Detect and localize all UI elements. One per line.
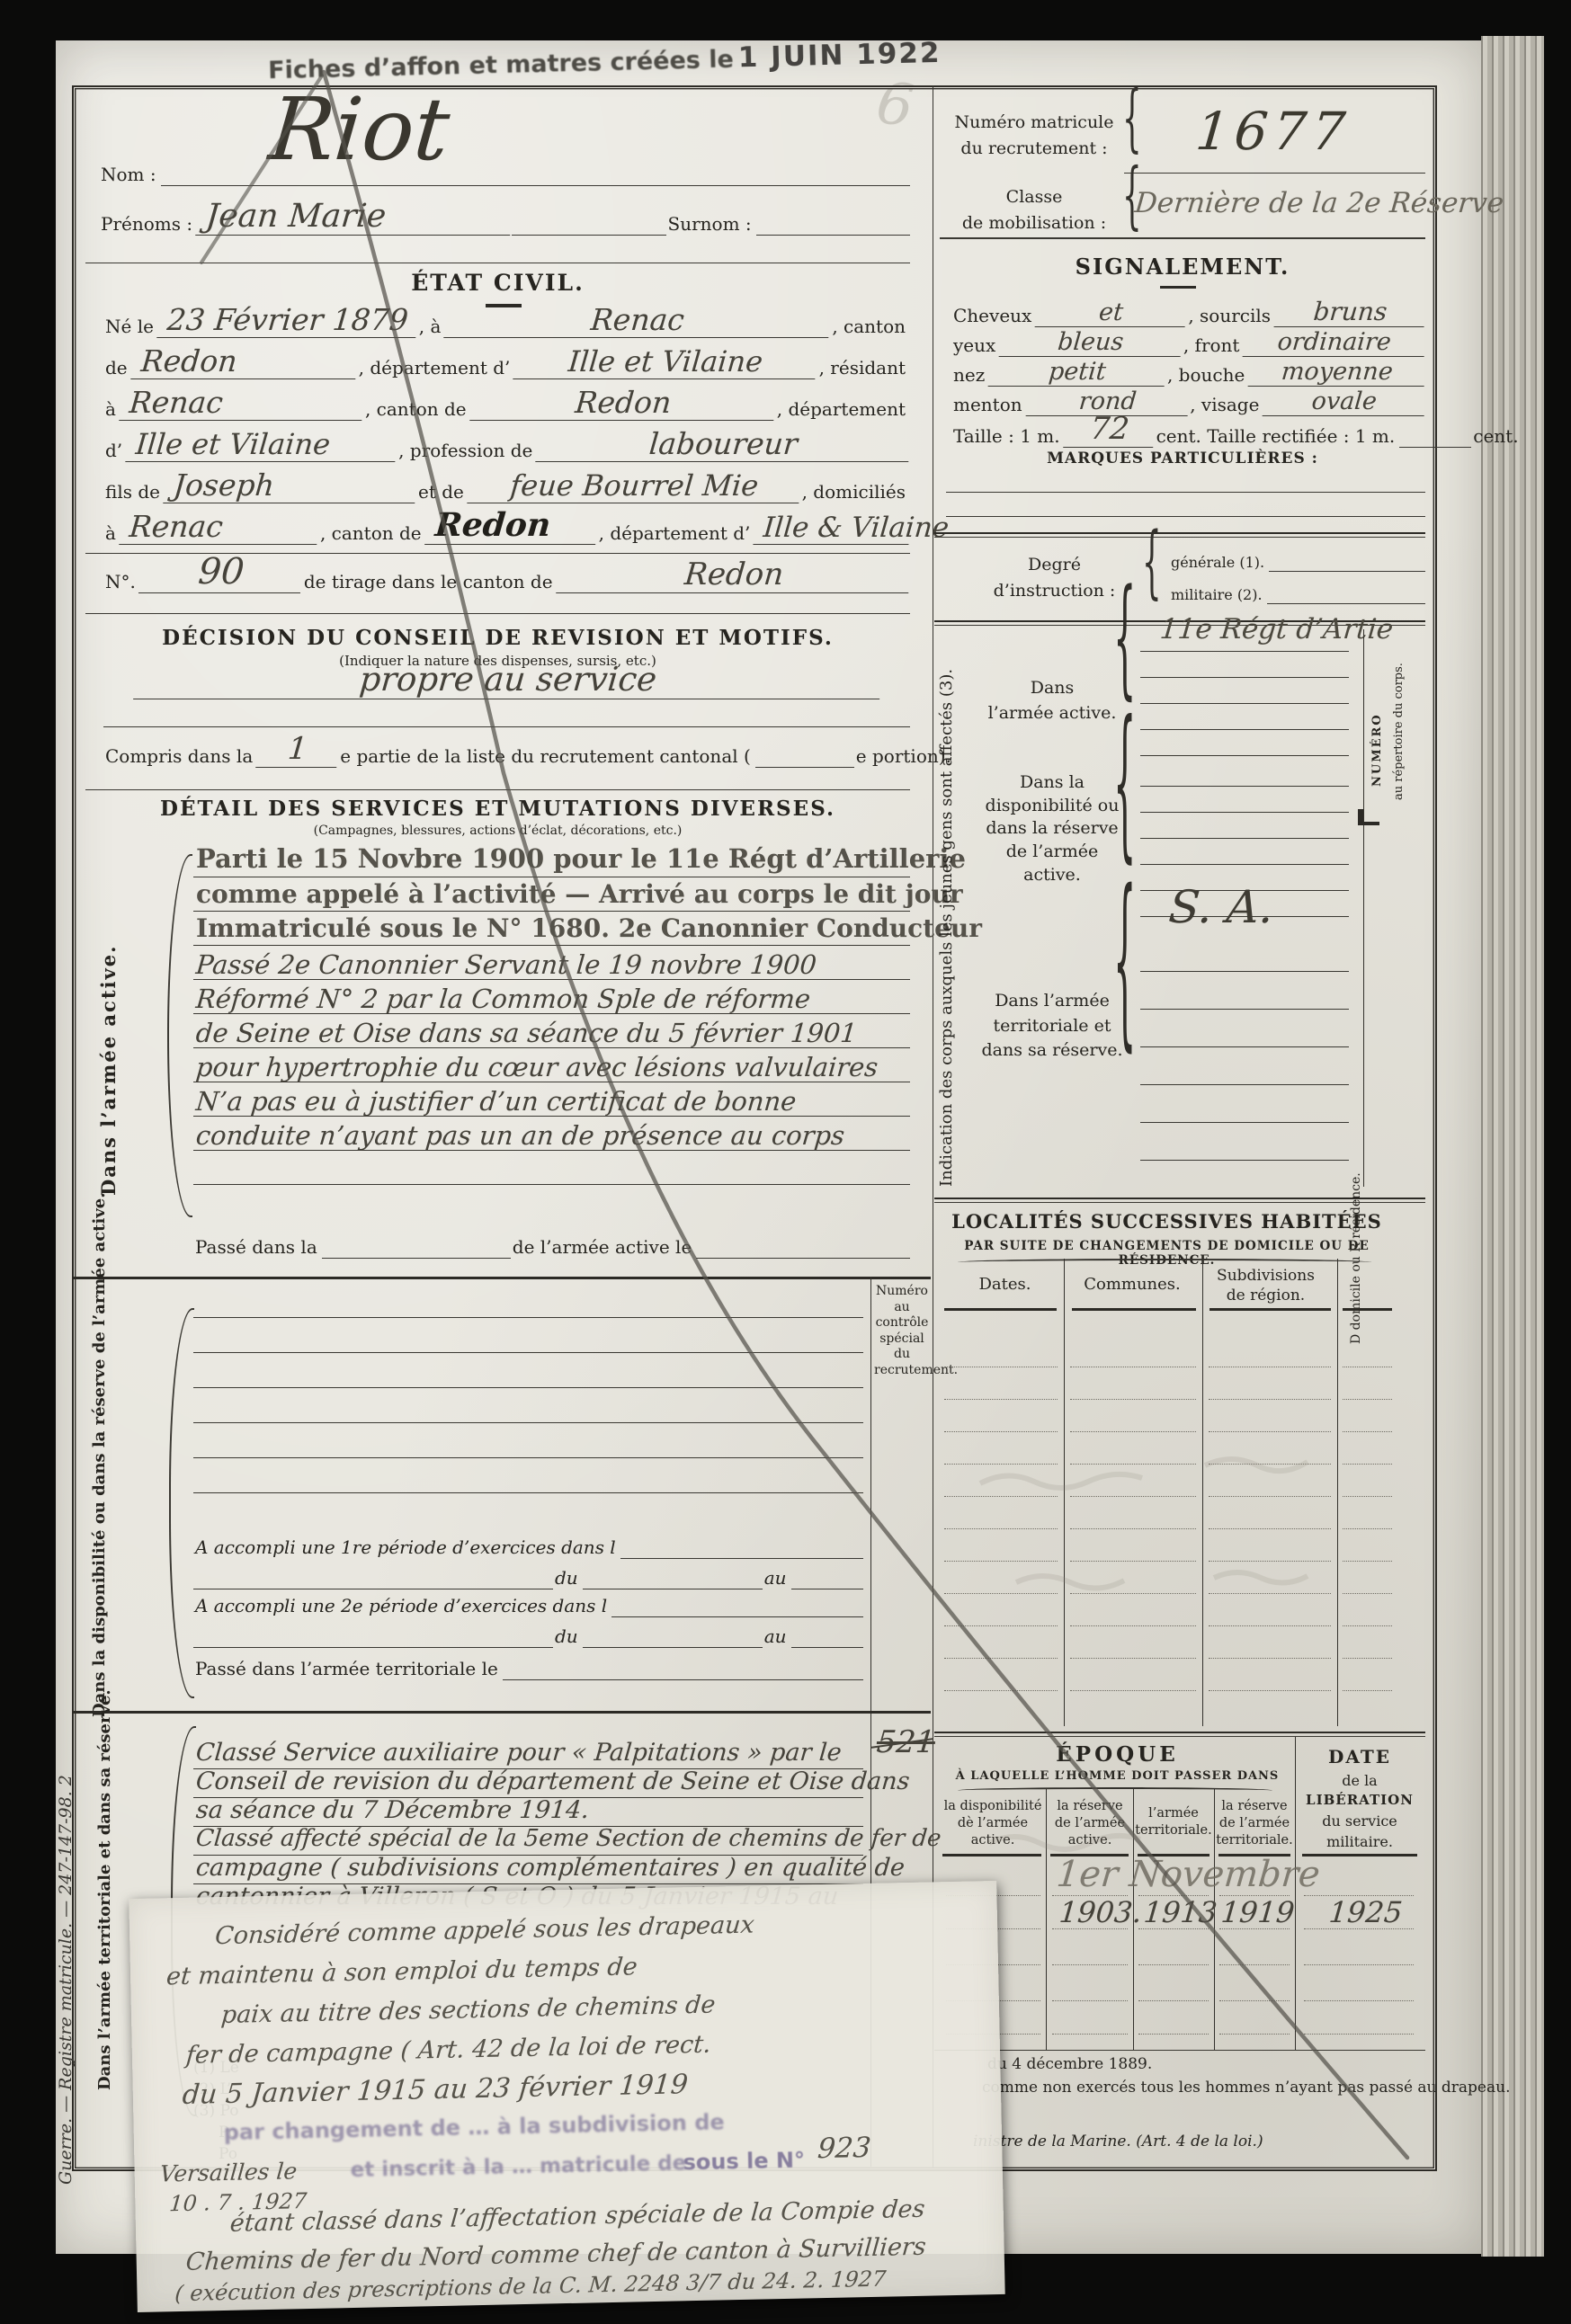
classe-line: campagne ( subdivisions complémentaires … [195, 1854, 906, 1882]
corps-active-value: 11e Régt d’Artie [1158, 613, 1394, 646]
ec-r3b: , canton de [363, 398, 471, 421]
ec-r6b: , canton de [318, 522, 426, 545]
passe-territoriale-row: Passé dans l’armée territoriale le [193, 1650, 863, 1680]
ec-r5a: fils de [103, 481, 165, 503]
periode2-dates: du au [193, 1618, 863, 1648]
dispo-margin-label: Dans la disponibilité ou dans la réserve… [90, 1295, 131, 1717]
corps-margin-label: Indication des corps auxquels les jeunes… [937, 629, 956, 1187]
tirage-label2: de tirage dans le canton de [302, 571, 558, 593]
instruction-brace: { [1142, 516, 1162, 610]
ec-row2: de Redon , département d’ Ille et Vilain… [103, 338, 910, 379]
localites-sep2 [1202, 1259, 1203, 1726]
nom-value: Riot [265, 79, 453, 180]
epoque-col4: la réserve de l’armée territoriale. [1216, 1798, 1293, 1849]
sig-taille-label: Taille : 1 m. [951, 425, 1065, 448]
tirage-num: 90 [138, 551, 304, 593]
corps-terr-label: Dans l’armée territoriale et dans sa rés… [976, 989, 1129, 1064]
classe-label-1: Classe [949, 184, 1120, 210]
epoque-subtitle: À LAQUELLE L’HOMME DOIT PASSER DANS [940, 1769, 1295, 1783]
ec-row4: d’ Ille et Vilaine , profession de labou… [103, 421, 910, 462]
localites-col-dates: Dates. [949, 1275, 1061, 1294]
footnote-right-1: du 4 décembre 1889. [987, 2055, 1152, 2073]
periode2-row: A accompli une 2e période d’exercices da… [193, 1587, 863, 1617]
sig-row1: Cheveux et , sourcils bruns [951, 297, 1425, 327]
periode1-row: A accompli une 1re période d’exercices d… [193, 1528, 863, 1559]
corps-dispo-value: S. A. [1166, 881, 1275, 933]
compris-row: Compris dans la 1 e partie de la liste d… [103, 730, 910, 768]
note-place: Versailles le [158, 2158, 298, 2186]
localites-col-communes: Communes. [1066, 1275, 1199, 1294]
ec-r3a: à [103, 398, 121, 421]
attached-note: Considéré comme appelé sous les drapeaux… [129, 1881, 1004, 2312]
instruction-generale-row: générale (1). [1169, 545, 1425, 572]
ec-r6v2: Redon [424, 506, 599, 545]
localites-sep3 [1337, 1259, 1338, 1726]
corps-active-label: Dans l’armée active. [985, 676, 1120, 726]
decision-title: DÉCISION DU CONSEIL DE REVISION ET MOTIF… [85, 626, 910, 650]
passe-active-row: Passé dans la de l’armée active le [193, 1224, 910, 1259]
sig-cheveux-value: et [1035, 298, 1188, 327]
nom-row: Nom : [99, 139, 910, 186]
services-title: DÉTAIL DES SERVICES ET MUTATIONS DIVERSE… [85, 797, 910, 821]
sig-bouche-label: , bouche [1165, 364, 1249, 387]
epoque-date-l5: militaire. [1297, 1831, 1423, 1852]
classe-value: Dernière de la 2e Réserve [1133, 187, 1504, 219]
epoque-v1: 1903. [1058, 1895, 1143, 1929]
periode2-label: A accompli une 2e période d’exercices da… [193, 1595, 611, 1617]
epoque-col1: la disponibilité dè l’armée active. [942, 1798, 1043, 1849]
note-stamp-line2b: sous le N° [683, 2147, 805, 2175]
ec-r4a: d’ [103, 440, 127, 462]
corps-dispo-label: Dans la disponibilité ou dans la réserve… [976, 771, 1129, 886]
classe-line: Conseil de revision du département de Se… [195, 1767, 911, 1795]
footnote-right-2: comme non exercés tous les hommes n’ayan… [982, 2079, 1510, 2097]
repertoire-divider [1363, 629, 1364, 1187]
ec-r6c: , département d’ [597, 522, 755, 545]
ec-r1a: Né le [103, 316, 158, 338]
localites-sep1 [1064, 1259, 1065, 1726]
decision-value: propre au service [133, 660, 883, 699]
ec-r2v: Redon [130, 343, 358, 379]
sig-row2: yeux bleus , front ordinaire [951, 326, 1425, 357]
ec-r2c: , résidant [817, 357, 910, 379]
prenoms-label: Prénoms : [99, 213, 197, 236]
prenoms-row: Prénoms : Jean Marie Surnom : [99, 196, 910, 236]
tirage-label: N°. [103, 571, 140, 593]
sig-taille-row: Taille : 1 m. 72 cent. Taille rectifiée … [951, 415, 1425, 448]
localites-col-subdivisions: Subdivisions de région. [1205, 1266, 1326, 1305]
repertoire-numero: NUMÉRO [1370, 634, 1384, 787]
ec-r2a: de [103, 357, 132, 379]
ec-row5: fils de Joseph et de feue Bourrel Mie , … [103, 462, 910, 503]
etat-civil-title: ÉTAT CIVIL. [85, 270, 910, 296]
control-number-label: Numéro au contrôle spécial du recrutemen… [874, 1284, 930, 1378]
epoque-sep1 [1046, 1789, 1047, 2050]
periode1-dates: du au [193, 1560, 863, 1589]
ec-r6v3: Ille & Vilaine [754, 512, 912, 545]
epoque-v3: 1919 [1219, 1895, 1296, 1929]
ec-r5v2: feue Bourrel Mie [467, 468, 801, 503]
ec-r6v: Renac [119, 509, 319, 545]
epoque-title: ÉPOQUE [940, 1742, 1295, 1767]
instruction-generale: générale (1). [1169, 554, 1269, 572]
passe-territoriale-label: Passé dans l’armée territoriale le [193, 1658, 503, 1680]
epoque-v4: 1925 [1327, 1895, 1404, 1929]
ec-r1v: 23 Février 1879 [156, 302, 418, 338]
epoque-date-l1: DATE [1297, 1744, 1423, 1770]
stamp-date: 1 JUIN 1922 [737, 37, 941, 75]
ec-r4v2: laboureur [536, 426, 912, 462]
sig-row3: nez petit , bouche moyenne [951, 356, 1425, 387]
ec-r1c: , canton [830, 316, 910, 338]
ec-r5b: et de [416, 481, 469, 503]
ec-r3v2: Redon [469, 385, 777, 421]
prenoms-value: Jean Marie [195, 198, 513, 236]
classe-label-2: de mobilisation : [949, 210, 1120, 236]
service-line: Réformé N° 2 par la Common Sple de réfor… [195, 984, 812, 1014]
sig-yeux-label: yeux [951, 334, 1000, 357]
localites-side-label: D domicile ou R résidence. [1347, 1209, 1387, 1344]
service-line: Immatriculé sous le N° 1680. 2e Canonnie… [196, 913, 982, 943]
note-stamp-line2: et inscrit à la … matricule de [350, 2151, 686, 2182]
ec-r4v: Ille et Vilaine [125, 427, 397, 462]
compris-a: Compris dans la [103, 745, 257, 768]
repertoire-sub: au répertoire du corps. [1392, 629, 1406, 800]
left-margin-caption: Guerre. — Registre matricule. — 247-147-… [56, 1025, 76, 2185]
services-subtitle: (Campagnes, blessures, actions d’éclat, … [85, 824, 910, 838]
ec-row3: à Renac , canton de Redon , département [103, 379, 910, 421]
corps-dispo-brace: { [1113, 690, 1136, 880]
signalement-title: SIGNALEMENT. [940, 254, 1425, 280]
sig-cheveux-label: Cheveux [951, 305, 1036, 327]
ec-row1: Né le 23 Février 1879 , à Renac , canton [103, 297, 910, 338]
instruction-militaire-row: militaire (2). [1169, 577, 1425, 604]
ec-r5v: Joseph [163, 467, 417, 503]
matricule-brace: { [1122, 76, 1142, 162]
epoque-date-l2: de la [1297, 1770, 1423, 1791]
service-line: de Seine et Oise dans sa séance du 5 fév… [195, 1018, 859, 1048]
scanned-register-page: Fiches d’affon et matres créées le 1 JUI… [0, 0, 1571, 2324]
surnom-label: Surnom : [666, 213, 756, 236]
epoque-date-l3: LIBÉRATION [1297, 1791, 1423, 1811]
sig-sourcils-value: bruns [1274, 297, 1427, 327]
sig-nez-label: nez [951, 364, 989, 387]
compris-b: e partie de la liste du recrutement cant… [338, 745, 755, 768]
sig-row4: menton rond , visage ovale [951, 386, 1425, 416]
column-divider [933, 85, 933, 2168]
note-line: Considéré comme appelé sous les drapeaux [214, 1911, 755, 1951]
note-line: fer de campagne ( Art. 42 de la loi de r… [185, 2031, 712, 2070]
note-stamp-number: 923 [817, 2132, 872, 2165]
ec-r4b: , profession de [397, 440, 537, 462]
note-line: et maintenu à son emploi du temps de [165, 1953, 638, 1990]
epoque-col3: l’armée territoriale. [1135, 1805, 1212, 1839]
matricule-label-2: du recrutement : [949, 136, 1120, 162]
ec-r3v: Renac [119, 385, 364, 421]
note-stamp-line1: par changement de … à la subdivision de [223, 2109, 725, 2145]
epoque-month: 1er Novembre [1055, 1854, 1322, 1895]
sig-cent-label: cent. [1471, 425, 1522, 448]
passe-active-b: de l’armée active le [511, 1236, 697, 1259]
service-line: pour hypertrophie du cœur avec lésions v… [195, 1052, 879, 1082]
sig-taille-rect-label: cent. Taille rectifiée : 1 m. [1155, 425, 1400, 448]
tirage-row: N°. 90 de tirage dans le canton de Redon [103, 550, 910, 593]
sig-nez-value: petit [988, 358, 1166, 387]
ec-r3c: , département [775, 398, 910, 421]
tirage-canton: Redon [556, 557, 912, 593]
sig-taille-value: 72 [1063, 411, 1156, 448]
classe-line: Classé Service auxiliaire pour « Palpita… [195, 1739, 843, 1767]
services-margin-label: Dans l’armée active. [97, 899, 120, 1196]
passe-active-a: Passé dans la [193, 1236, 322, 1259]
sig-bouche-value: moyenne [1248, 358, 1426, 387]
ec-r5c: , domiciliés [800, 481, 910, 503]
sig-front-value: ordinaire [1243, 328, 1426, 357]
ec-r6a: à [103, 522, 121, 545]
localites-title: LOCALITÉS SUCCESSIVES HABITÉES [940, 1210, 1394, 1233]
periode1-label: A accompli une 1re période d’exercices d… [193, 1536, 620, 1559]
service-line: Parti le 15 Novbre 1900 pour le 11e Régt… [196, 843, 966, 874]
service-line: N’a pas eu à justifier d’un certificat d… [195, 1086, 798, 1117]
corps-active-l1: Dans [985, 676, 1120, 701]
ec-row6: à Renac , canton de Redon , département … [103, 503, 910, 545]
note-line: du 5 Janvier 1915 au 23 février 1919 [181, 2069, 689, 2111]
sig-yeux-value: bleus [999, 328, 1183, 357]
ec-r2b: , département d’ [357, 357, 515, 379]
matricule-value: 1677 [1193, 101, 1353, 162]
classe-label: Classe de mobilisation : [949, 184, 1120, 236]
service-line: Passé 2e Canonnier Servant le 19 novbre … [195, 949, 818, 980]
periode2-du: du [553, 1625, 583, 1648]
classe-line: Classé affecté spécial de la 5eme Sectio… [195, 1825, 942, 1852]
epoque-date-l4: du service [1297, 1811, 1423, 1831]
corps-terr-brace: { [1113, 855, 1136, 1070]
note-line: paix au titre des sections de chemins de [220, 1990, 717, 2029]
epoque-col2: la réserve de l’armée active. [1049, 1798, 1131, 1849]
ec-r1v2: Renac [444, 302, 832, 338]
classe-line: sa séance du 7 Décembre 1914. [195, 1796, 591, 1824]
note-line2: étant classé dans l’affectation spéciale… [229, 2195, 926, 2238]
matricule-label-1: Numéro matricule [949, 110, 1120, 136]
decision-row: propre au service [135, 658, 881, 699]
matricule-label: Numéro matricule du recrutement : [949, 110, 1120, 161]
sig-menton-label: menton [951, 394, 1027, 416]
service-line: comme appelé à l’activité — Arrivé au co… [196, 879, 963, 909]
footnote-right-3: inistre de la Marine. (Art. 4 de la loi.… [973, 2133, 1263, 2150]
epoque-v2: 1913 [1142, 1895, 1218, 1929]
sig-visage-label: , visage [1188, 394, 1263, 416]
sig-front-label: , front [1182, 334, 1245, 357]
compris-value: 1 [255, 731, 340, 768]
nom-label: Nom : [99, 164, 161, 186]
marques-label: MARQUES PARTICULIÈRES : [940, 450, 1425, 467]
ec-r1b: , à [417, 316, 446, 338]
periode2-au: au [763, 1625, 791, 1648]
instruction-militaire: militaire (2). [1169, 586, 1267, 604]
epoque-date-header: DATE de la LIBÉRATION du service militai… [1297, 1744, 1423, 1852]
sig-sourcils-label: , sourcils [1186, 305, 1275, 327]
ec-r2v2: Ille et Vilaine [513, 344, 819, 379]
service-line: conduite n’ayant pas un an de présence a… [195, 1120, 846, 1151]
corps-active-l2: l’armée active. [985, 701, 1120, 726]
sig-visage-value: ovale [1263, 387, 1426, 416]
book-page-edges [1481, 36, 1544, 2257]
